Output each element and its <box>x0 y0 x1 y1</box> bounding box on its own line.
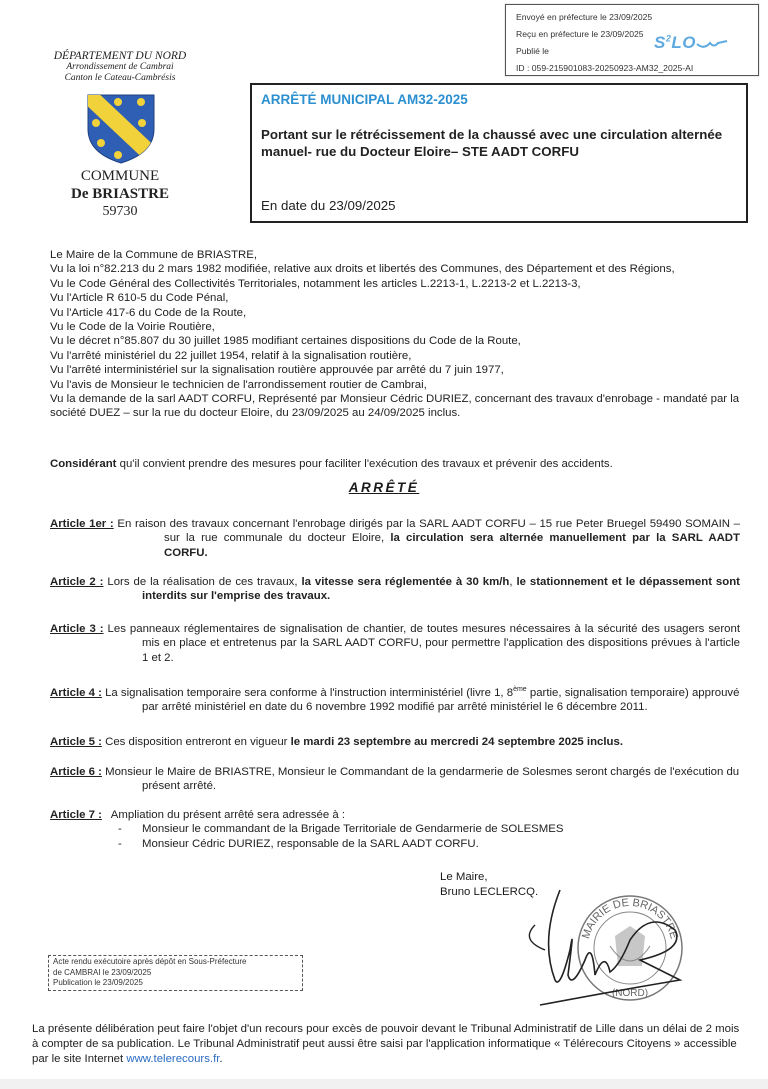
decree-reference: ARRÊTÉ MUNICIPAL AM32-2025 <box>261 92 468 107</box>
considerant-label: Considérant <box>50 458 116 470</box>
visa-line: Vu le décret n°85.807 du 30 juillet 1985… <box>50 334 740 348</box>
article-6: Article 6 : Monsieur le Maire de BRIASTR… <box>50 765 740 794</box>
commune-label: COMMUNE <box>30 168 210 185</box>
execution-line: Publication le 23/09/2025 <box>53 978 298 989</box>
article-3: Article 3 : Les panneaux réglementaires … <box>50 622 740 665</box>
considerant-text: qu'il convient prendre des mesures pour … <box>116 458 612 470</box>
execution-line: de CAMBRAI le 23/09/2025 <box>53 968 298 979</box>
visa-line: Vu l'arrêté interministériel sur la sign… <box>50 363 740 377</box>
commune-name: De BRIASTRE <box>30 185 210 203</box>
signature-icon <box>500 880 700 1010</box>
stamp-received: Reçu en préfecture le 23/09/2025 <box>516 29 644 39</box>
article-2: Article 2 : Lors de la réalisation de ce… <box>50 575 740 604</box>
visa-line: Vu l'avis de Monsieur le technicien de l… <box>50 378 740 392</box>
stamp-sent: Envoyé en préfecture le 23/09/2025 <box>516 12 652 22</box>
article-label: Article 5 : <box>50 736 102 748</box>
article-label: Article 1er : <box>50 518 114 530</box>
article-7: Article 7 : Ampliation du présent arrêté… <box>50 808 740 851</box>
appeal-notice: La présente délibération peut faire l'ob… <box>32 1022 747 1067</box>
visa-line: Vu la loi n°82.213 du 2 mars 1982 modifi… <box>50 262 740 276</box>
article-5: Article 5 : Ces disposition entreront en… <box>50 735 740 749</box>
shield-crest-icon <box>86 93 156 165</box>
visa-line: Vu le Code de la Voirie Routière, <box>50 320 740 334</box>
visa-line: Vu la demande de la sarl AADT CORFU, Rep… <box>50 392 740 421</box>
execution-notice-box: Acte rendu exécutoire après dépôt en Sou… <box>48 955 303 991</box>
article-label: Article 4 : <box>50 687 102 699</box>
prefecture-stamp: Envoyé en préfecture le 23/09/2025 Reçu … <box>505 4 759 76</box>
postcode: 59730 <box>30 203 210 220</box>
decree-subject: Portant sur le rétrécissement de la chau… <box>261 126 731 160</box>
department-name: DÉPARTEMENT DU NORD <box>30 50 210 62</box>
recipient-item: Monsieur le commandant de la Brigade Ter… <box>118 822 740 836</box>
article-1: Article 1er : En raison des travaux conc… <box>50 517 740 560</box>
article-4: Article 4 : La signalisation temporaire … <box>50 683 740 715</box>
arrete-heading: ARRÊTÉ <box>0 480 768 495</box>
article-label: Article 6 : <box>50 766 102 778</box>
article-label: Article 2 : <box>50 576 103 588</box>
commune-block: COMMUNE De BRIASTRE 59730 <box>30 168 210 220</box>
stamp-published: Publié le <box>516 46 549 56</box>
department-header: DÉPARTEMENT DU NORD Arrondissement de Ca… <box>30 50 210 84</box>
decree-title-box: ARRÊTÉ MUNICIPAL AM32-2025 Portant sur l… <box>250 83 748 223</box>
arrondissement: Arrondissement de Cambrai <box>30 62 210 73</box>
recipients-list: Monsieur le commandant de la Brigade Ter… <box>50 822 740 851</box>
visa-line: Vu l'Article 417-6 du Code de la Route, <box>50 306 740 320</box>
decree-date: En date du 23/09/2025 <box>261 198 396 213</box>
s2lo-logo-icon: S2LO <box>654 33 728 53</box>
visa-line: Vu l'arrêté ministériel du 22 juillet 19… <box>50 349 740 363</box>
article-label: Article 3 : <box>50 623 104 635</box>
visa-line: Vu le Code Général des Collectivités Ter… <box>50 277 740 291</box>
visa-line: Le Maire de la Commune de BRIASTRE, <box>50 248 740 262</box>
telerecours-link[interactable]: www.telerecours.fr <box>126 1053 219 1065</box>
page-bottom-band <box>0 1079 768 1089</box>
visa-line: Vu l'Article R 610-5 du Code Pénal, <box>50 291 740 305</box>
execution-line: Acte rendu exécutoire après dépôt en Sou… <box>53 957 298 968</box>
recipient-item: Monsieur Cédric DURIEZ, responsable de l… <box>118 837 740 851</box>
visas-list: Le Maire de la Commune de BRIASTRE, Vu l… <box>50 248 740 421</box>
considerant: Considérant qu'il convient prendre des m… <box>50 457 740 471</box>
stamp-id: ID : 059-215901083-20250923-AM32_2025-AI <box>516 63 693 73</box>
article-label: Article 7 : <box>50 809 102 821</box>
canton: Canton le Cateau-Cambrésis <box>30 73 210 84</box>
